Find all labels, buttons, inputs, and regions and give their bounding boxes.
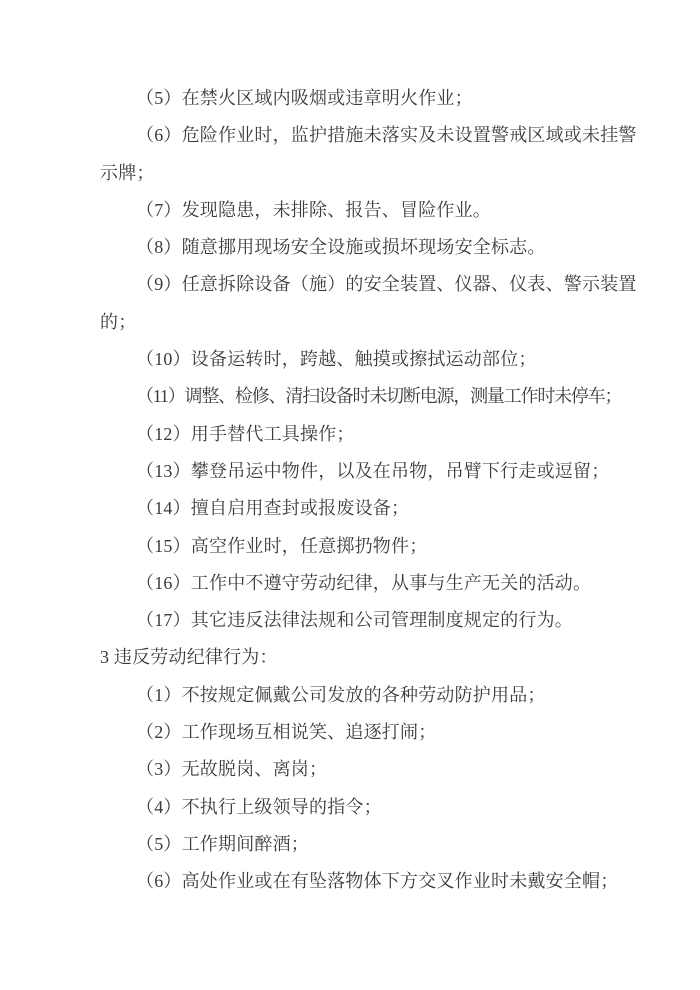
text-line: （8）随意挪用现场安全设施或损坏现场安全标志。 [100, 229, 630, 266]
text-line: （13）攀登吊运中物件，以及在吊物，吊臂下行走或逗留； [100, 453, 630, 490]
document-page: （5）在禁火区域内吸烟或违章明火作业；（6）危险作业时，监护措施未落实及未设置警… [0, 0, 700, 990]
text-line: （15）高空作业时，任意掷扔物件； [100, 528, 630, 565]
text-line: 示牌； [100, 155, 630, 192]
text-line: （7）发现隐患，未排除、报告、冒险作业。 [100, 192, 630, 229]
text-line: （2）工作现场互相说笑、追逐打闹； [100, 714, 630, 751]
text-line: （5）工作期间醉酒； [100, 826, 630, 863]
text-line: （14）擅自启用查封或报废设备； [100, 490, 630, 527]
section-heading: 3 违反劳动纪律行为： [100, 639, 630, 676]
text-line: 的； [100, 304, 630, 341]
document-body: （5）在禁火区域内吸烟或违章明火作业；（6）危险作业时，监护措施未落实及未设置警… [100, 80, 630, 901]
text-line: （3）无故脱岗、离岗； [100, 751, 630, 788]
text-line: （9）任意拆除设备（施）的安全装置、仪器、仪表、警示装置 [100, 266, 630, 303]
text-line: （1）不按规定佩戴公司发放的各种劳动防护用品； [100, 677, 630, 714]
text-line: （6）危险作业时，监护措施未落实及未设置警戒区域或未挂警 [100, 117, 630, 154]
text-line: （6）高处作业或在有坠落物体下方交叉作业时未戴安全帽； [100, 863, 630, 900]
text-line: （17）其它违反法律法规和公司管理制度规定的行为。 [100, 602, 630, 639]
text-line: （11）调整、检修、清扫设备时未切断电源，测量工作时未停车； [100, 378, 630, 415]
text-line: （16）工作中不遵守劳动纪律，从事与生产无关的活动。 [100, 565, 630, 602]
text-line: （4）不执行上级领导的指令； [100, 789, 630, 826]
text-line: （12）用手替代工具操作； [100, 416, 630, 453]
text-line: （10）设备运转时，跨越、触摸或擦拭运动部位； [100, 341, 630, 378]
text-line: （5）在禁火区域内吸烟或违章明火作业； [100, 80, 630, 117]
